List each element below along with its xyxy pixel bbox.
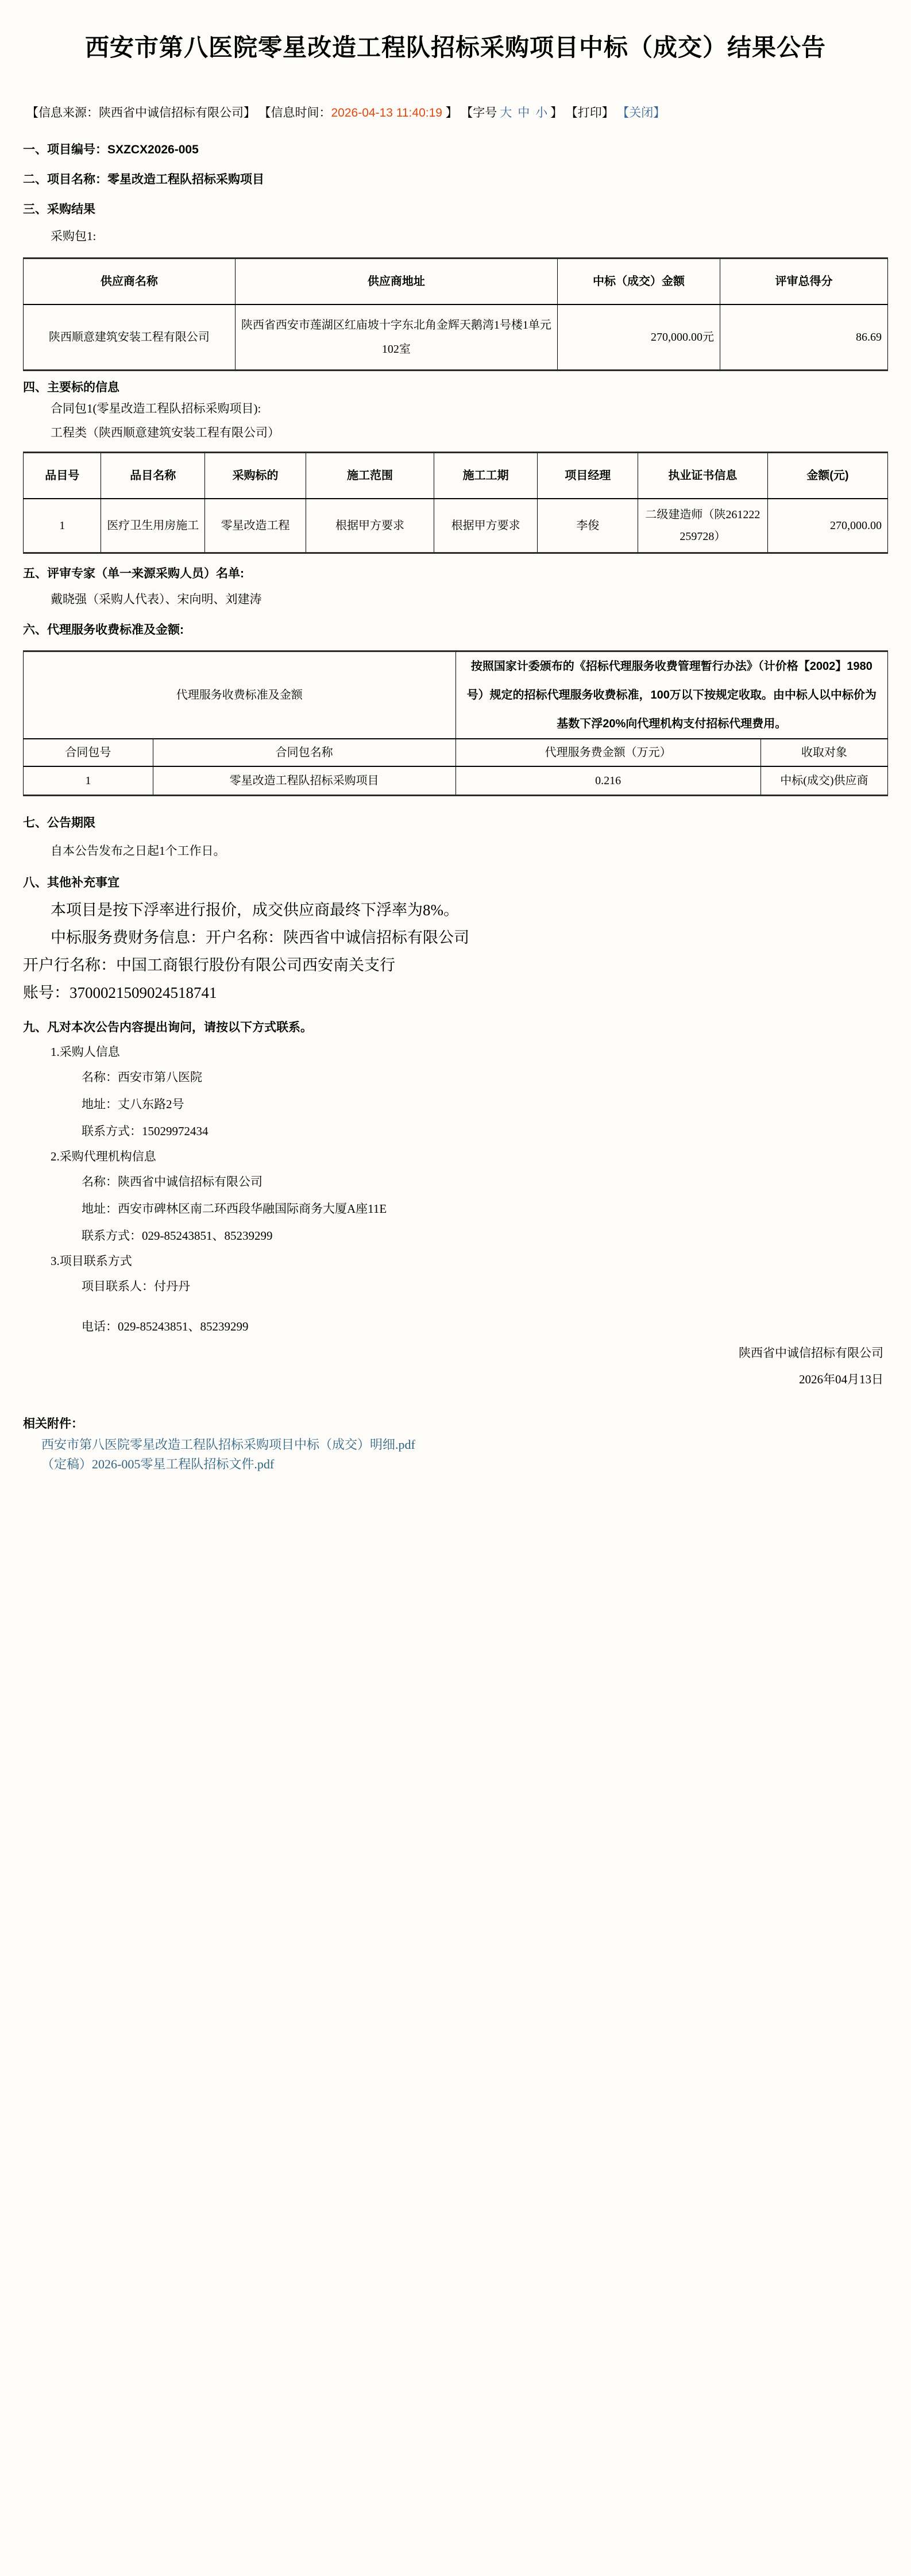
item-no-cell: 1 <box>24 499 101 553</box>
section-subject-heading: 四、主要标的信息 <box>23 379 888 396</box>
fee-col-payer: 收取对象 <box>761 739 887 766</box>
font-size-bracket: 】 <box>550 106 562 119</box>
font-size-small-button[interactable]: 小 <box>535 106 547 119</box>
amount-cell: 270,000.00 <box>767 499 887 553</box>
section-result-heading: 三、采购结果 <box>23 201 888 218</box>
scope-cell: 根据甲方要求 <box>306 499 434 553</box>
result-table-header-row: 供应商名称 供应商地址 中标（成交）金额 评审总得分 <box>24 259 888 305</box>
fee-package-no-cell: 1 <box>24 766 153 796</box>
attachment-link-bidding-document-pdf[interactable]: （定稿）2026-005零星工程队招标文件.pdf <box>23 1455 888 1474</box>
fee-payer-cell: 中标(成交)供应商 <box>761 766 887 796</box>
signature-company: 陕西省中诚信招标有限公司 <box>23 1344 888 1362</box>
purchaser-phone: 联系方式：15029972434 <box>23 1123 888 1140</box>
info-time-label: 【信息时间： <box>265 106 331 119</box>
contract-package-line: 合同包1(零星改造工程队招标采购项目): <box>23 400 888 417</box>
project-contact-person: 项目联系人：付丹丹 <box>23 1278 888 1295</box>
supplement-account-number-line: 账号：3700021509024518741 <box>23 982 888 1003</box>
info-source: 【信息来源：陕西省中诚信招标有限公司】 <box>26 106 256 119</box>
category-line: 工程类（陕西顺意建筑安装工程有限公司） <box>23 424 888 441</box>
section-project-number-heading: 一、项目编号： <box>23 143 107 156</box>
supplier-address-cell: 陕西省西安市莲湖区红庙坡十字东北角金辉天鹅湾1号楼1单元102室 <box>235 304 557 371</box>
fee-standard-label: 代理服务收费标准及金额 <box>24 651 456 739</box>
fee-table-header-row: 合同包号 合同包名称 代理服务费金额（万元） 收取对象 <box>24 739 888 766</box>
agency-address: 地址：西安市碑林区南二环西段华融国际商务大厦A座11E <box>23 1200 888 1217</box>
font-size-control: 【字号大中小】 <box>467 106 563 119</box>
agency-info-title: 2.采购代理机构信息 <box>23 1148 888 1165</box>
fee-package-name-cell: 零星改造工程队招标采购项目 <box>153 766 455 796</box>
subject-col-manager: 项目经理 <box>538 453 638 499</box>
supplement-discount-line: 本项目是按下浮率进行报价，成交供应商最终下浮率为8%。 <box>23 900 888 920</box>
award-amount-cell: 270,000.00元 <box>558 304 720 371</box>
purchaser-info-title: 1.采购人信息 <box>23 1043 888 1061</box>
section-experts-heading: 五、评审专家（单一来源采购人员）名单: <box>23 565 888 583</box>
info-time: 【信息时间：2026-04-13 11:40:19 】 <box>265 106 458 119</box>
subject-table-row: 1 医疗卫生用房施工 零星改造工程 根据甲方要求 根据甲方要求 李俊 二级建造师… <box>24 499 888 553</box>
subject-col-item-no: 品目号 <box>24 453 101 499</box>
section-agency-fee-heading: 六、代理服务收费标准及金额: <box>23 622 888 639</box>
fee-standard-text: 按照国家计委颁布的《招标代理服务收费管理暂行办法》（计价格【2002】1980号… <box>455 651 888 739</box>
purchaser-address: 地址：丈八东路2号 <box>23 1096 888 1113</box>
period-cell: 根据甲方要求 <box>434 499 538 553</box>
item-name-cell: 医疗卫生用房施工 <box>101 499 205 553</box>
subject-table: 品目号 品目名称 采购标的 施工范围 施工工期 项目经理 执业证书信息 金额(元… <box>23 452 888 554</box>
subject-col-period: 施工工期 <box>434 453 538 499</box>
section-contact-heading: 九、凡对本次公告内容提出询问，请按以下方式联系。 <box>23 1019 888 1036</box>
supplement-account-name-line: 中标服务费财务信息：开户名称：陕西省中诚信招标有限公司 <box>23 927 888 948</box>
font-size-large-button[interactable]: 大 <box>500 106 512 119</box>
fee-col-amount: 代理服务费金额（万元） <box>455 739 761 766</box>
period-body: 自本公告发布之日起1个工作日。 <box>23 842 888 859</box>
result-col-supplier-name: 供应商名称 <box>24 259 236 305</box>
font-size-medium-button[interactable]: 中 <box>518 106 530 119</box>
font-size-label: 【字号 <box>467 106 497 119</box>
result-col-score: 评审总得分 <box>720 259 888 305</box>
section-period-heading: 七、公告期限 <box>23 815 888 832</box>
fee-col-package-no: 合同包号 <box>24 739 153 766</box>
manager-cell: 李俊 <box>538 499 638 553</box>
subject-table-header-row: 品目号 品目名称 采购标的 施工范围 施工工期 项目经理 执业证书信息 金额(元… <box>24 453 888 499</box>
result-table-row: 陕西顺意建筑安装工程有限公司 陕西省西安市莲湖区红庙坡十字东北角金辉天鹅湾1号楼… <box>24 304 888 371</box>
subject-col-amount: 金额(元) <box>767 453 887 499</box>
attachment-link-award-detail-pdf[interactable]: 西安市第八医院零星改造工程队招标采购项目中标（成交）明细.pdf <box>23 1435 888 1455</box>
info-time-value: 2026-04-13 11:40:19 <box>331 106 442 119</box>
project-contact-phone: 电话：029-85243851、85239299 <box>23 1318 888 1335</box>
agency-fee-table: 代理服务收费标准及金额 按照国家计委颁布的《招标代理服务收费管理暂行办法》（计价… <box>23 650 888 796</box>
certificate-cell: 二级建造师（陕261222 259728） <box>638 499 768 553</box>
supplement-bank-line: 开户行名称：中国工商银行股份有限公司西安南关支行 <box>23 955 888 975</box>
signature-date: 2026年04月13日 <box>23 1371 888 1388</box>
result-table: 供应商名称 供应商地址 中标（成交）金额 评审总得分 陕西顺意建筑安装工程有限公… <box>23 257 888 371</box>
subject-col-scope: 施工范围 <box>306 453 434 499</box>
attachments-label: 相关附件： <box>23 1416 888 1433</box>
agency-phone: 联系方式：029-85243851、85239299 <box>23 1227 888 1244</box>
agency-name: 名称：陕西省中诚信招标有限公司 <box>23 1173 888 1190</box>
info-bar: 【信息来源：陕西省中诚信招标有限公司】【信息时间：2026-04-13 11:4… <box>23 105 888 122</box>
supplier-name-cell: 陕西顺意建筑安装工程有限公司 <box>24 304 236 371</box>
close-button[interactable]: 【关闭】 <box>623 106 666 119</box>
subject-col-item-name: 品目名称 <box>101 453 205 499</box>
section-project-name-heading: 二、项目名称： <box>23 173 107 186</box>
subject-col-target: 采购标的 <box>205 453 306 499</box>
result-col-supplier-address: 供应商地址 <box>235 259 557 305</box>
purchaser-name: 名称：西安市第八医院 <box>23 1069 888 1086</box>
target-cell: 零星改造工程 <box>205 499 306 553</box>
fee-table-row: 1 零星改造工程队招标采购项目 0.216 中标(成交)供应商 <box>24 766 888 796</box>
result-col-amount: 中标（成交）金额 <box>558 259 720 305</box>
print-button[interactable]: 【打印】 <box>572 106 614 119</box>
package-label: 采购包1: <box>23 227 888 245</box>
announcement-page: 西安市第八医院零星改造工程队招标采购项目中标（成交）结果公告 【信息来源：陕西省… <box>0 33 911 1474</box>
project-number-value: SXZCX2026-005 <box>107 143 199 156</box>
section-supplement-heading: 八、其他补充事宜 <box>23 874 888 892</box>
project-name-value: 零星改造工程队招标采购项目 <box>107 173 264 186</box>
experts-names: 戴晓强（采购人代表）、宋向明、刘建涛 <box>23 591 888 608</box>
subject-col-certificate: 执业证书信息 <box>638 453 768 499</box>
section-project-number: 一、项目编号：SXZCX2026-005 <box>23 141 888 159</box>
project-contact-title: 3.项目联系方式 <box>23 1252 888 1270</box>
review-score-cell: 86.69 <box>720 304 888 371</box>
info-time-bracket: 】 <box>442 106 458 119</box>
page-title: 西安市第八医院零星改造工程队招标采购项目中标（成交）结果公告 <box>23 33 888 62</box>
section-project-name: 二、项目名称：零星改造工程队招标采购项目 <box>23 171 888 188</box>
fee-standard-row: 代理服务收费标准及金额 按照国家计委颁布的《招标代理服务收费管理暂行办法》（计价… <box>24 651 888 739</box>
fee-col-package-name: 合同包名称 <box>153 739 455 766</box>
fee-amount-cell: 0.216 <box>455 766 761 796</box>
